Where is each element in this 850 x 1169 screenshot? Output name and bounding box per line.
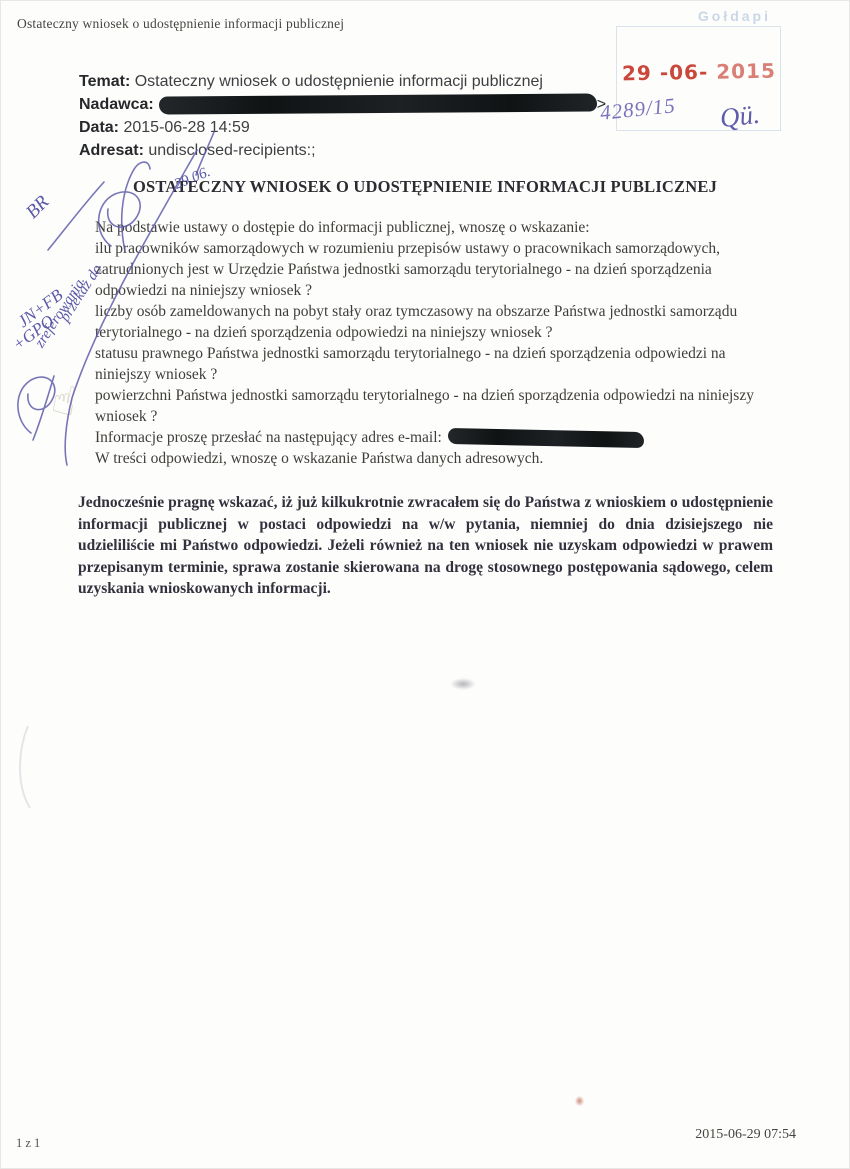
address-note: W treści odpowiedzi, wnoszę o wskazanie … bbox=[95, 448, 776, 469]
stamp-month: -06- bbox=[660, 60, 709, 85]
email-header-block: Temat: Ostateczny wniosek o udostępnieni… bbox=[79, 70, 606, 162]
page-number: 1 z 1 bbox=[16, 1136, 40, 1151]
date-label: Data: bbox=[79, 119, 119, 136]
document-title: OSTATECZNY WNIOSEK O UDOSTĘPNIENIE INFOR… bbox=[60, 177, 790, 197]
date-received-stamp: 29 -06- 2015 bbox=[622, 59, 776, 86]
request-item-2: liczby osób zameldowanych na pobyt stały… bbox=[95, 301, 776, 343]
closing-bold-paragraph: Jednocześnie pragnę wskazać, iż już kilk… bbox=[78, 492, 773, 600]
faint-scan-crease bbox=[20, 726, 30, 808]
email-address-redaction-bar bbox=[448, 428, 644, 448]
request-item-4: powierzchni Państwa jednostki samorządu … bbox=[95, 385, 776, 427]
stamp-year: 2015 bbox=[716, 59, 776, 84]
print-header-title: Ostateczny wniosek o udostępnienie infor… bbox=[17, 16, 344, 32]
small-red-mark bbox=[575, 1096, 584, 1106]
email-recipient-row: Adresat: undisclosed-recipients:; bbox=[79, 139, 606, 162]
sender-redaction-bar bbox=[159, 93, 597, 114]
hand-pointer-icon: ☝ bbox=[48, 376, 80, 426]
recipient-label: Adresat: bbox=[79, 142, 144, 159]
faint-municipality-stamp-text: Gołdapi bbox=[606, 8, 771, 24]
document-body: Na podstawie ustawy o dostępie do inform… bbox=[95, 217, 776, 469]
sender-label: Nadawca: bbox=[79, 96, 154, 113]
request-item-3: statusu prawnego Państwa jednostki samor… bbox=[95, 343, 776, 385]
recipient-value: undisclosed-recipients:; bbox=[148, 142, 315, 159]
date-value: 2015-06-28 14:59 bbox=[123, 119, 249, 136]
email-instruction-text: Informacje proszę przesłać na następując… bbox=[95, 429, 442, 446]
email-subject-row: Temat: Ostateczny wniosek o udostępnieni… bbox=[79, 70, 606, 93]
email-instruction-line: Informacje proszę przesłać na następując… bbox=[95, 427, 776, 448]
email-date-row: Data: 2015-06-28 14:59 bbox=[79, 116, 606, 139]
scan-smudge-mark bbox=[450, 678, 476, 690]
subject-label: Temat: bbox=[79, 73, 130, 90]
clerk-initials-handwritten: Qü. bbox=[718, 99, 761, 135]
scanned-document-page: Ostateczny wniosek o udostępnienie infor… bbox=[0, 0, 850, 1169]
sender-suffix: > bbox=[597, 96, 606, 113]
request-item-1: ilu pracowników samorządowych w rozumien… bbox=[95, 238, 776, 301]
email-sender-row: Nadawca:> bbox=[79, 93, 606, 116]
handwritten-br-note: BR bbox=[22, 192, 54, 224]
subject-value: Ostateczny wniosek o udostępnienie infor… bbox=[135, 73, 543, 90]
stamp-day: 29 bbox=[622, 61, 652, 86]
paraph-signature-bottom bbox=[18, 376, 55, 440]
print-timestamp: 2015-06-29 07:54 bbox=[695, 1127, 796, 1143]
intro-paragraph: Na podstawie ustawy o dostępie do inform… bbox=[95, 217, 776, 238]
